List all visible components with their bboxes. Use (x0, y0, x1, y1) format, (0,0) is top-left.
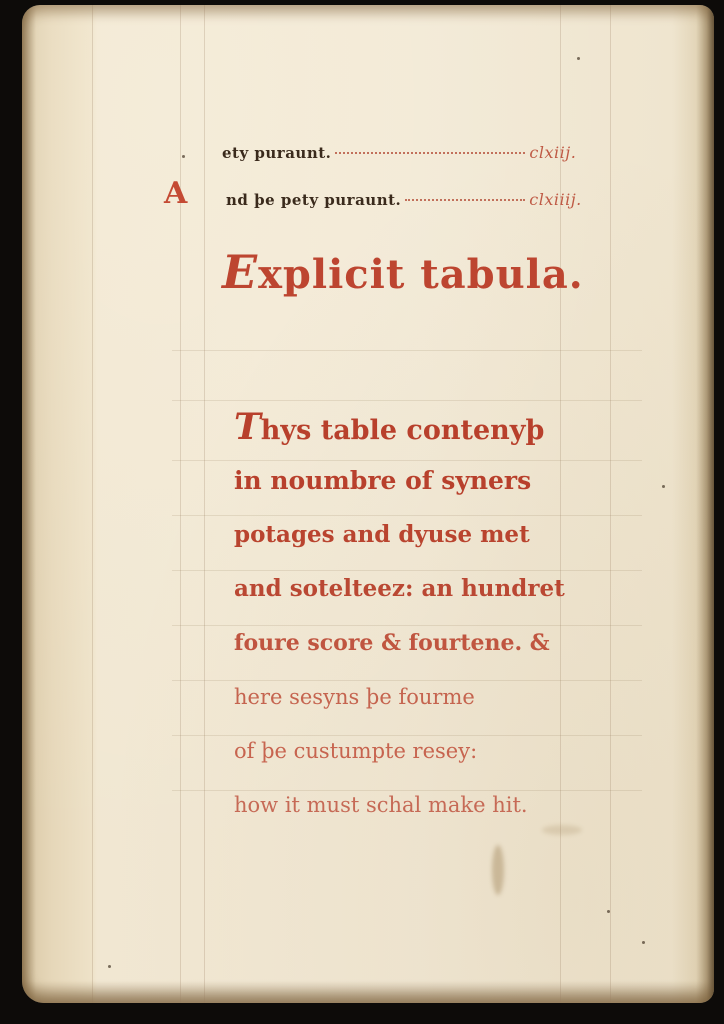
ruling-line (172, 350, 642, 351)
colophon-line: how it must schal make hit. (234, 778, 565, 832)
speck (662, 485, 665, 488)
dotted-leader (335, 151, 525, 154)
speck (607, 910, 610, 913)
speck (577, 57, 580, 60)
toc-entry: nd þe pety puraunt. clxiiij. (226, 190, 582, 209)
toc-initial-letter: A (164, 176, 187, 211)
ruling-line (92, 5, 93, 1003)
colophon-line: potages and dyuse met (234, 508, 565, 562)
toc-entry: ety puraunt. clxiij. (222, 143, 576, 162)
ruling-line (204, 5, 205, 1003)
dotted-leader (405, 198, 525, 201)
toc-entry-folio: clxiij. (529, 143, 576, 162)
heading-initial: E (222, 245, 258, 299)
ruling-line (610, 5, 611, 1003)
manuscript-scan: ety puraunt. clxiij. A nd þe pety puraun… (0, 0, 724, 1024)
colophon-line: foure score & fourtene. & (234, 616, 565, 670)
explicit-heading: Explicit tabula. (222, 245, 584, 299)
ink-stain (492, 845, 504, 895)
colophon-line: Thys table contenyþ (234, 400, 565, 454)
speck (108, 965, 111, 968)
heading-text: xplicit tabula. (258, 251, 584, 298)
colophon-block: Thys table contenyþ in noumbre of syners… (234, 400, 565, 832)
page-left-edge (22, 5, 36, 1003)
speck (182, 155, 185, 158)
colophon-line: in noumbre of syners (234, 454, 565, 508)
speck (642, 941, 645, 944)
page-right-edge (696, 5, 714, 1003)
colophon-line-text: hys table contenyþ (261, 415, 545, 446)
toc-entry-folio: clxiiij. (529, 190, 582, 209)
colophon-line: of þe custumpte resey: (234, 724, 565, 778)
toc-entry-title: ety puraunt. (222, 144, 331, 162)
colophon-line: here sesyns þe fourme (234, 670, 565, 724)
ruling-line (180, 5, 181, 1003)
toc-entry-title: nd þe pety puraunt. (226, 191, 401, 209)
colophon-line: and sotelteez: an hundret (234, 562, 565, 616)
colophon-initial: T (234, 406, 261, 448)
